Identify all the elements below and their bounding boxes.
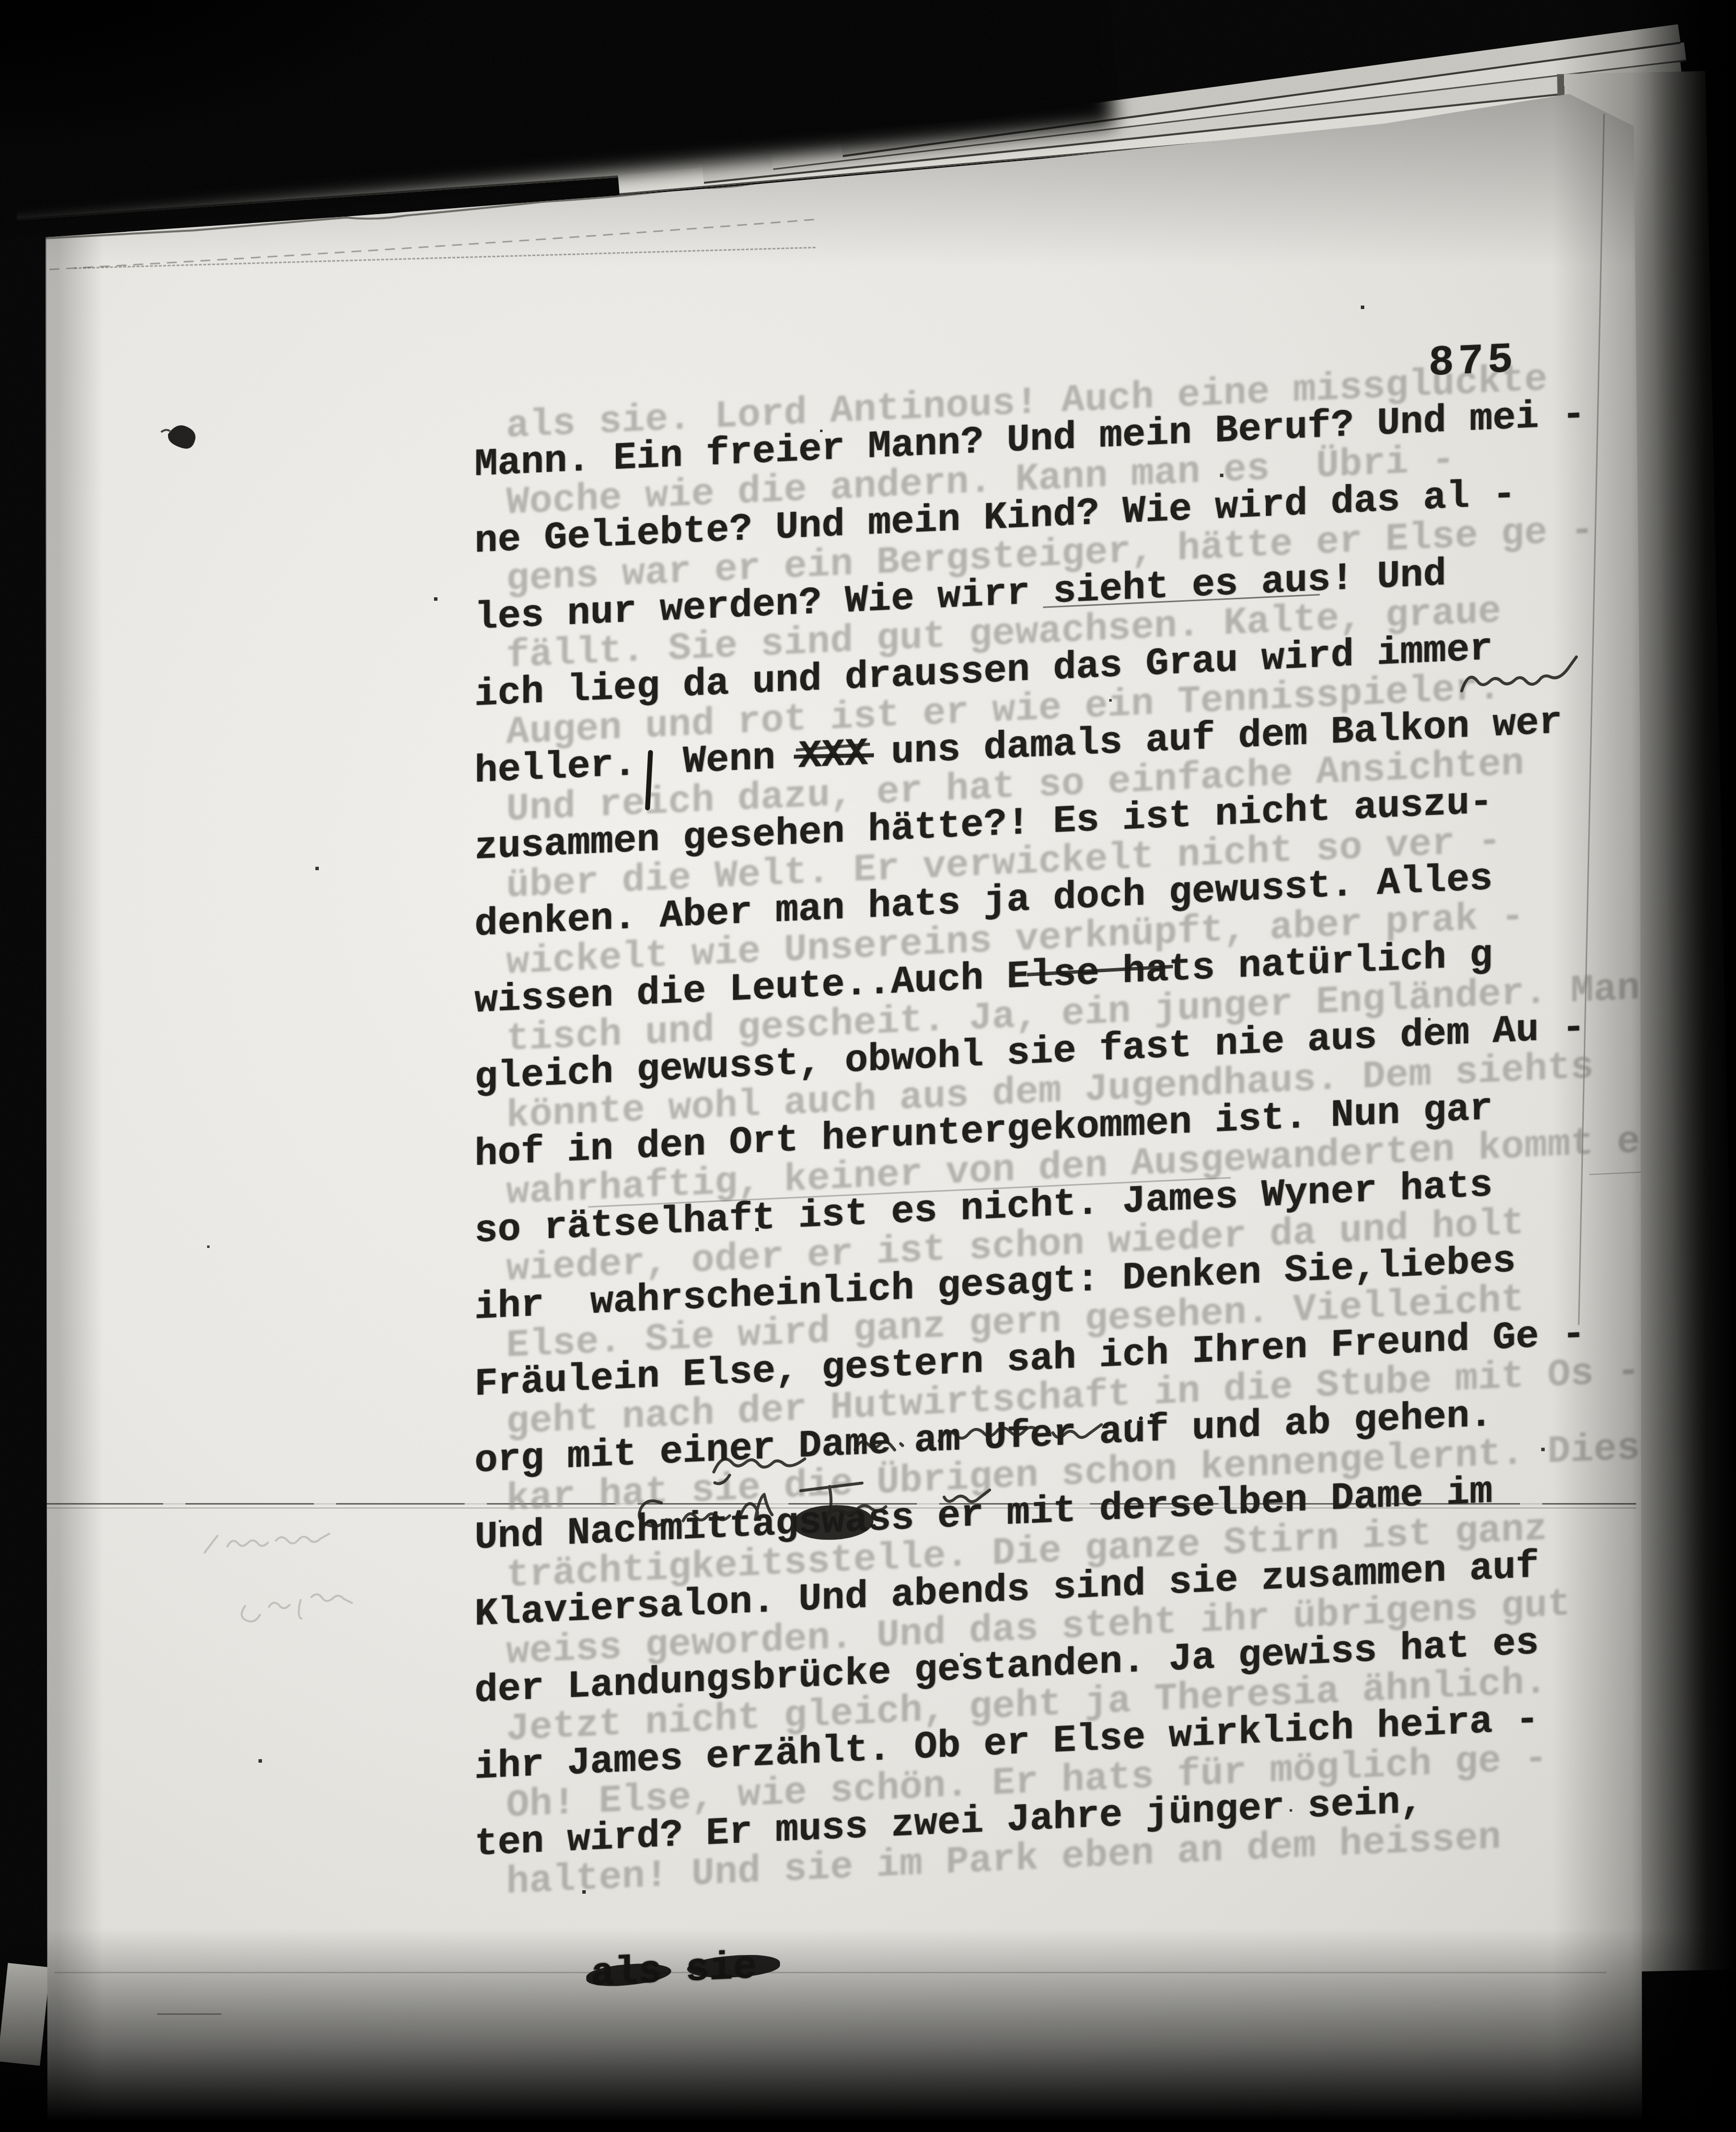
manuscript-page: als sie. Lord Antinous! Auch eine missgl… <box>0 0 1736 2132</box>
microfilm-scan: als sie. Lord Antinous! Auch eine missgl… <box>0 0 1736 2132</box>
margin-pencil-note <box>198 1518 425 1646</box>
page-left-edge-shadow <box>43 213 103 2132</box>
under-sheet-bottom-corner <box>0 1963 50 2066</box>
page-number: 875 <box>1429 338 1517 385</box>
handwriting-jemand <box>1456 645 1614 707</box>
film-scratch-dash <box>157 2013 221 2015</box>
typed-text-block: als sie. Lord Antinous! Auch eine missgl… <box>475 371 1710 2132</box>
ink-blot <box>159 415 204 455</box>
dust-speckles <box>0 0 1 1</box>
